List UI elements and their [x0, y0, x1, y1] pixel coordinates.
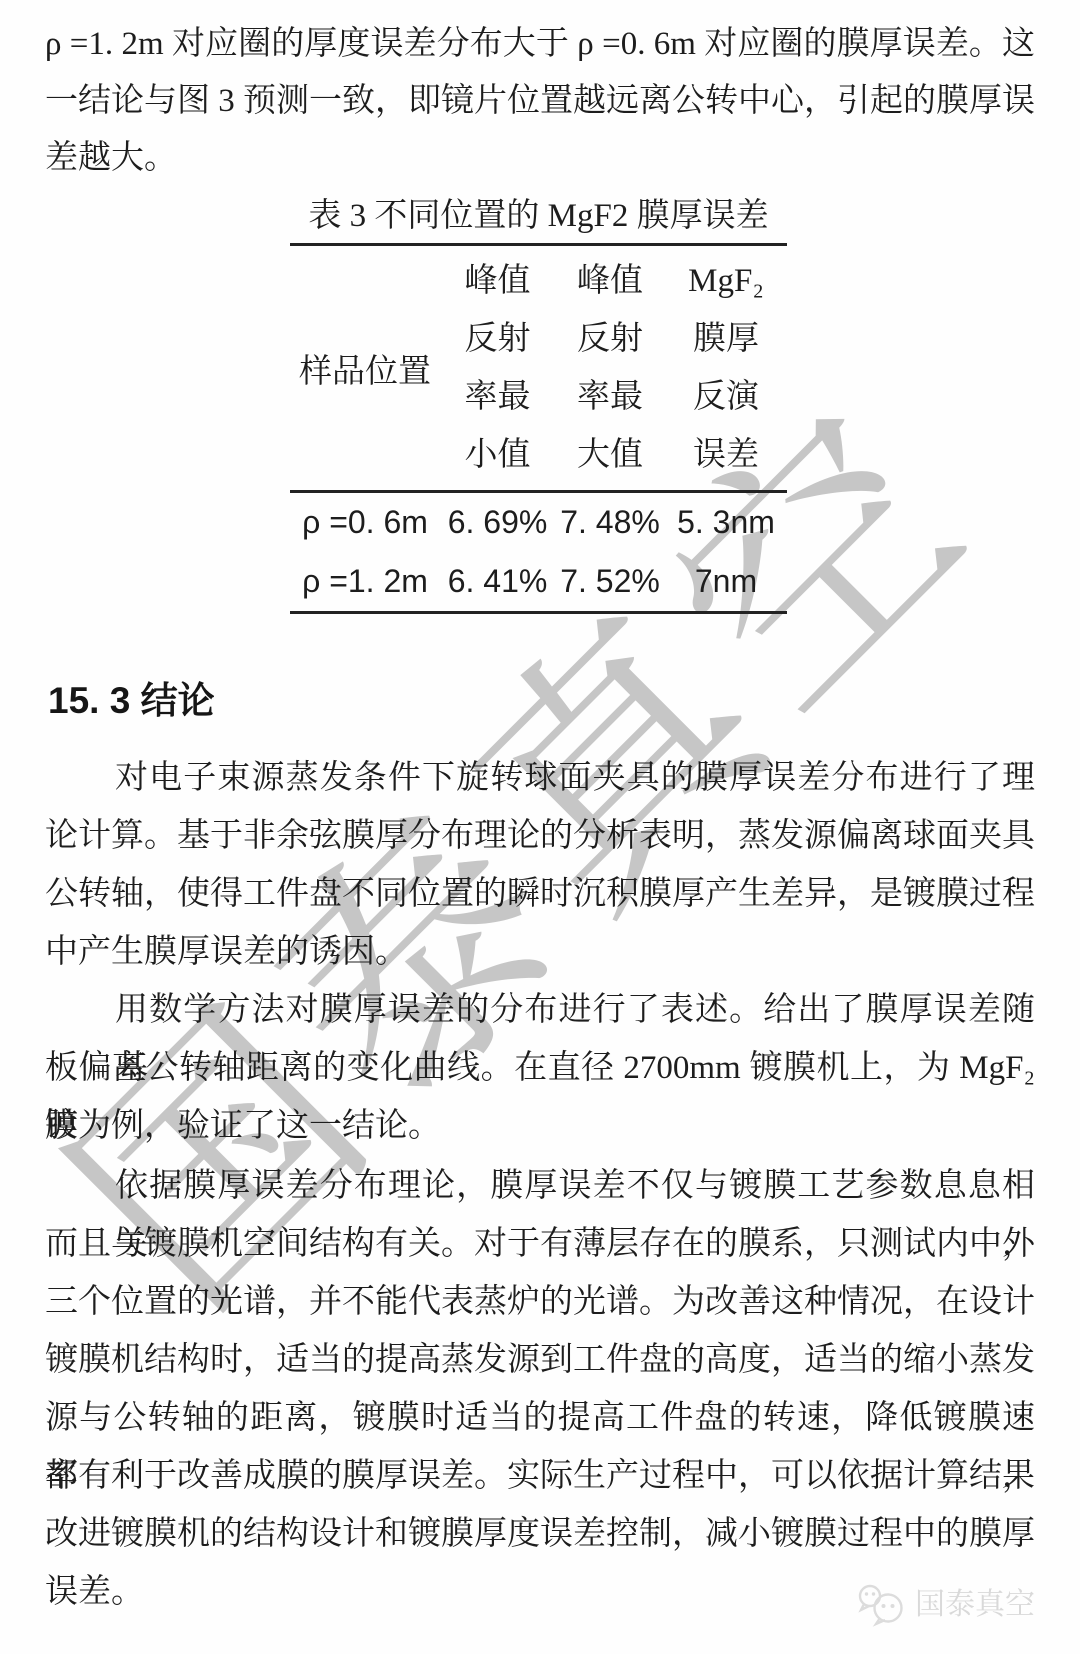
cell-position: ρ =1. 2m [290, 563, 440, 600]
header-cell-sample-position: 样品位置 [290, 252, 440, 484]
header-line: 小值 [440, 426, 555, 484]
header-line: 反射 [555, 310, 665, 368]
paragraph-line: 板偏离公转轴距离的变化曲线。在直径 2700mm 镀膜机上，为 MgF₂镀 [45, 1039, 1035, 1097]
cell-error: 7nm [665, 563, 787, 600]
cell-min: 6. 69% [440, 504, 555, 541]
cell-min: 6. 41% [440, 563, 555, 600]
section-heading: 15. 3 结论 [48, 678, 215, 724]
cell-error: 5. 3nm [665, 504, 787, 541]
header-cell-peak-reflectance-max: 峰值 反射 率最 大值 [555, 252, 665, 484]
cell-position: ρ =0. 6m [290, 504, 440, 541]
header-line: 峰值 [555, 252, 665, 310]
paragraph-line: 三个位置的光谱，并不能代表蒸炉的光谱。为改善这种情况，在设计 [45, 1273, 1035, 1331]
paragraph-line: 对电子束源蒸发条件下旋转球面夹具的膜厚误差分布进行了理 [45, 749, 1035, 807]
header-line: 率最 [555, 368, 665, 426]
wechat-icon [856, 1583, 908, 1627]
paragraph-line: ρ =1. 2m 对应圈的厚度误差分布大于 ρ =0. 6m 对应圈的膜厚误差。… [45, 16, 1035, 73]
paragraph-line: 膜为例，验证了这一结论。 [45, 1097, 1035, 1155]
paragraph-line: 都有利于改善成膜的膜厚误差。实际生产过程中，可以依据计算结果 [45, 1447, 1035, 1505]
header-line: 峰值 [440, 252, 555, 310]
paragraph-line: 中产生膜厚误差的诱因。 [45, 923, 1035, 981]
header-line: 率最 [440, 368, 555, 426]
paragraph-line: 镀膜机结构时，适当的提高蒸发源到工件盘的高度，适当的缩小蒸发 [45, 1331, 1035, 1389]
paragraph-line: 依据膜厚误差分布理论，膜厚误差不仅与镀膜工艺参数息息相关， [45, 1157, 1035, 1215]
document-page: 国泰真空 ρ =1. 2m 对应圈的厚度误差分布大于 ρ =0. 6m 对应圈的… [0, 0, 1080, 1654]
table-3: 表 3 不同位置的 MgF2 膜厚误差 样品位置 峰值 反射 率最 小值 峰值 … [290, 190, 787, 614]
table-caption: 表 3 不同位置的 MgF2 膜厚误差 [290, 190, 787, 242]
paragraph-line: 公转轴，使得工件盘不同位置的瞬时沉积膜厚产生差异，是镀膜过程 [45, 865, 1035, 923]
header-cell-peak-reflectance-min: 峰值 反射 率最 小值 [440, 252, 555, 484]
header-cell-mgf2-thickness-error: MgF₂ 膜厚 反演 误差 [665, 252, 787, 484]
paragraph-line: 源与公转轴的距离，镀膜时适当的提高工件盘的转速，降低镀膜速率， [45, 1389, 1035, 1447]
header-line: MgF₂ [665, 252, 787, 310]
cell-max: 7. 52% [555, 563, 665, 600]
paragraph-line: 改进镀膜机的结构设计和镀膜厚度误差控制，减小镀膜过程中的膜厚 [45, 1505, 1035, 1563]
conclusion-paragraph-2: 用数学方法对膜厚误差的分布进行了表述。给出了膜厚误差随基 板偏离公转轴距离的变化… [45, 981, 1035, 1155]
brand-name: 国泰真空 [915, 1583, 1035, 1627]
paragraph-line: 论计算。基于非余弦膜厚分布理论的分析表明，蒸发源偏离球面夹具 [45, 807, 1035, 865]
paragraph-line: 而且与镀膜机空间结构有关。对于有薄层存在的膜系，只测试内中外 [45, 1215, 1035, 1273]
header-line: 误差 [665, 426, 787, 484]
paragraph-line: 一结论与图 3 预测一致，即镜片位置越远离公转中心，引起的膜厚误 [45, 73, 1035, 130]
header-line: 大值 [555, 426, 665, 484]
header-line: 膜厚 [665, 310, 787, 368]
header-line: 反演 [665, 368, 787, 426]
header-line: 反射 [440, 310, 555, 368]
table-body: ρ =0. 6m 6. 69% 7. 48% 5. 3nm ρ =1. 2m 6… [290, 493, 787, 614]
table-row: ρ =0. 6m 6. 69% 7. 48% 5. 3nm [290, 493, 787, 552]
header-label: 样品位置 [299, 345, 431, 392]
table-header: 样品位置 峰值 反射 率最 小值 峰值 反射 率最 大值 MgF₂ 膜厚 反演 … [290, 243, 787, 493]
conclusion-paragraph-1: 对电子束源蒸发条件下旋转球面夹具的膜厚误差分布进行了理 论计算。基于非余弦膜厚分… [45, 749, 1035, 981]
brand-watermark: 国泰真空 [856, 1583, 1035, 1627]
paragraph-line: 差越大。 [45, 130, 1035, 187]
paragraph-line: 用数学方法对膜厚误差的分布进行了表述。给出了膜厚误差随基 [45, 981, 1035, 1039]
table-row: ρ =1. 2m 6. 41% 7. 52% 7nm [290, 552, 787, 611]
cell-max: 7. 48% [555, 504, 665, 541]
conclusion-paragraph-3: 依据膜厚误差分布理论，膜厚误差不仅与镀膜工艺参数息息相关， 而且与镀膜机空间结构… [45, 1157, 1035, 1621]
top-paragraph: ρ =1. 2m 对应圈的厚度误差分布大于 ρ =0. 6m 对应圈的膜厚误差。… [45, 16, 1035, 187]
